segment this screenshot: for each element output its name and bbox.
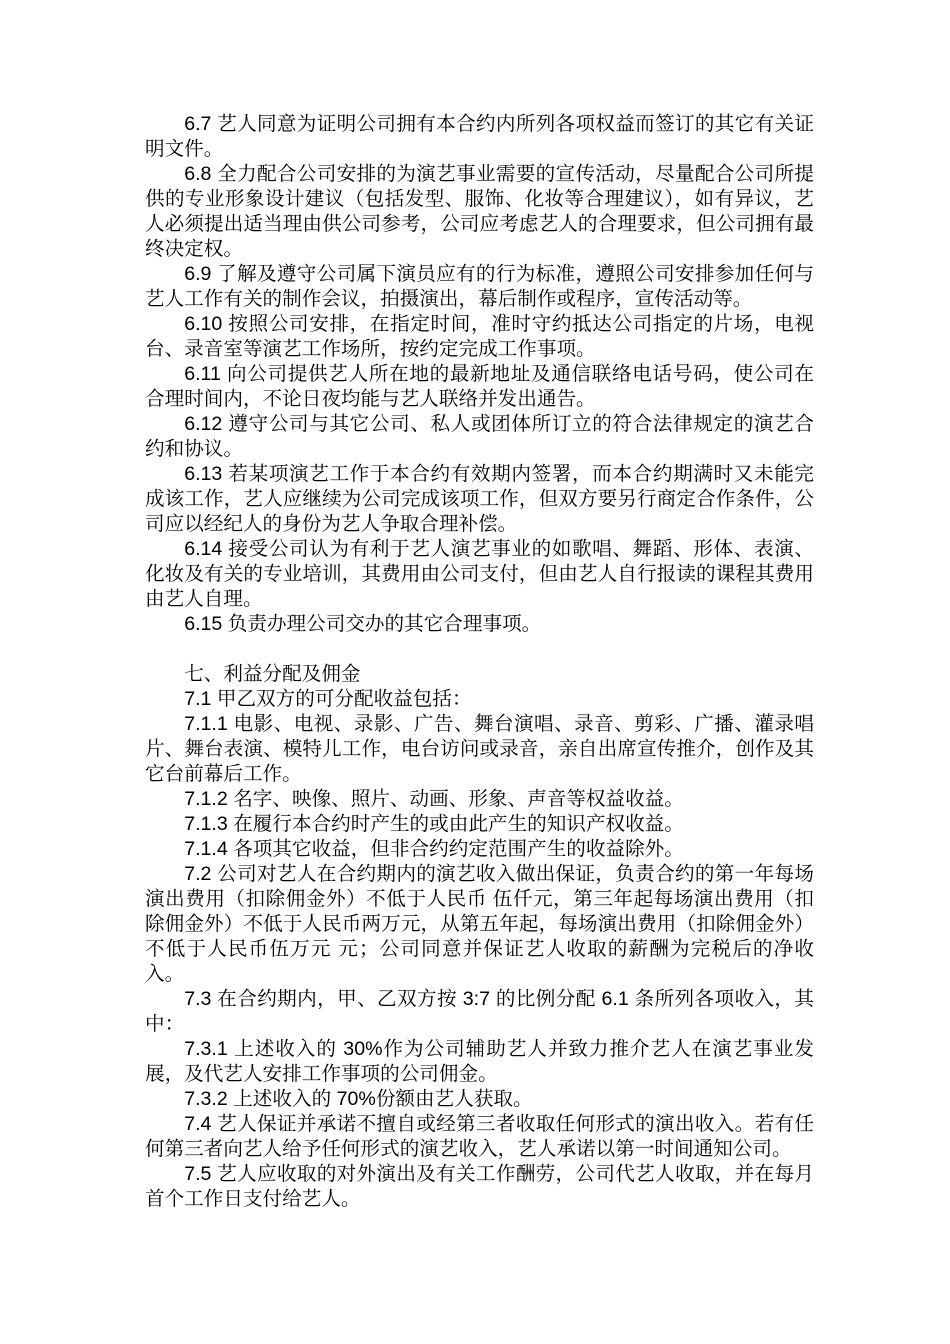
contract-clause: 7.3.2 上述收入的 70%份额由艺人获取。 [145, 1087, 814, 1112]
section-heading: 七、利益分配及佣金 [145, 662, 814, 687]
contract-clause: 6.13 若某项演艺工作于本合约有效期内签署，而本合约期满时又未能完成该工作，艺… [145, 462, 814, 537]
contract-clause: 7.1.4 各项其它收益，但非合约约定范围产生的收益除外。 [145, 837, 814, 862]
contract-clause: 6.11 向公司提供艺人所在地的最新地址及通信联络电话号码，使公司在合理时间内，… [145, 362, 814, 412]
contract-clause: 7.1.2 名字、映像、照片、动画、形象、声音等权益收益。 [145, 787, 814, 812]
contract-clause: 7.4 艺人保证并承诺不擅自或经第三者收取任何形式的演出收入。若有任何第三者向艺… [145, 1112, 814, 1162]
contract-clause: 6.15 负责办理公司交办的其它合理事项。 [145, 612, 814, 637]
contract-clause: 7.1.3 在履行本合约时产生的或由此产生的知识产权收益。 [145, 812, 814, 837]
contract-clause: 6.10 按照公司安排，在指定时间，准时守约抵达公司指定的片场，电视台、录音室等… [145, 312, 814, 362]
contract-clause: 7.3.1 上述收入的 30%作为公司辅助艺人并致力推介艺人在演艺事业发展，及代… [145, 1037, 814, 1087]
contract-clause: 7.5 艺人应收取的对外演出及有关工作酬劳，公司代艺人收取，并在每月首个工作日支… [145, 1162, 814, 1212]
document-body: 6.7 艺人同意为证明公司拥有本合约内所列各项权益而签订的其它有关证明文件。6.… [145, 112, 814, 1212]
contract-clause: 6.8 全力配合公司安排的为演艺事业需要的宣传活动，尽量配合公司所提供的专业形象… [145, 162, 814, 262]
contract-clause: 6.14 接受公司认为有利于艺人演艺事业的如歌唱、舞蹈、形体、表演、化妆及有关的… [145, 537, 814, 612]
contract-clause: 7.3 在合约期内，甲、乙双方按 3:7 的比例分配 6.1 条所列各项收入，其… [145, 987, 814, 1037]
contract-clause: 7.1 甲乙双方的可分配收益包括： [145, 687, 814, 712]
contract-clause: 6.9 了解及遵守公司属下演员应有的行为标准，遵照公司安排参加任何与艺人工作有关… [145, 262, 814, 312]
contract-clause: 7.2 公司对艺人在合约期内的演艺收入做出保证，负责合约的第一年每场演出费用（扣… [145, 862, 814, 987]
contract-clause: 7.1.1 电影、电视、录影、广告、舞台演唱、录音、剪彩、广播、灌录唱片、舞台表… [145, 712, 814, 787]
contract-clause: 6.7 艺人同意为证明公司拥有本合约内所列各项权益而签订的其它有关证明文件。 [145, 112, 814, 162]
contract-clause: 6.12 遵守公司与其它公司、私人或团体所订立的符合法律规定的演艺合约和协议。 [145, 412, 814, 462]
document-page: 6.7 艺人同意为证明公司拥有本合约内所列各项权益而签订的其它有关证明文件。6.… [0, 0, 950, 1344]
